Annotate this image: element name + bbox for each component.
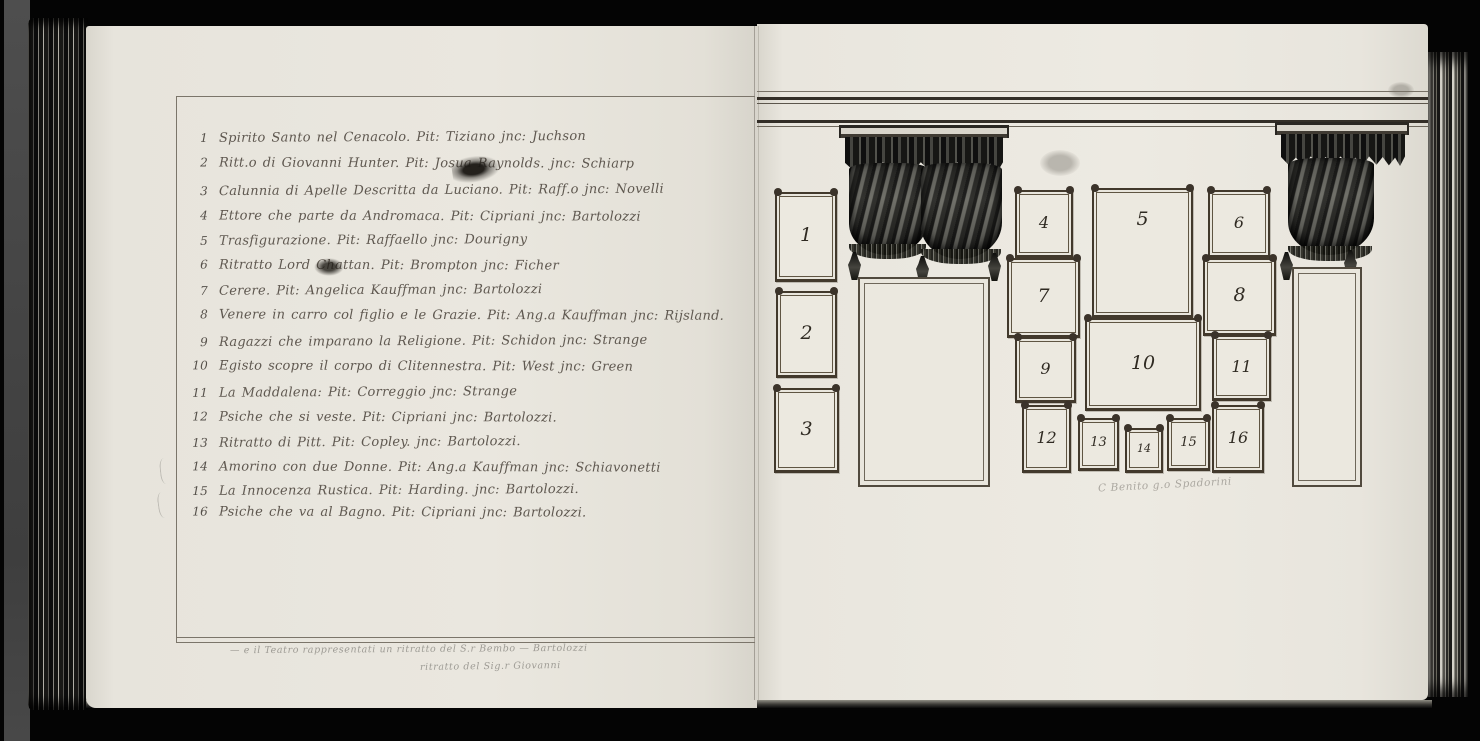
list-item: 4Ettore che parte da Andromaca. Pit: Cip… [186, 208, 641, 229]
list-item-number: 13 [186, 436, 208, 450]
list-item-text: Ritt.o di Giovanni Hunter. Pit: Josua Ra… [219, 155, 634, 171]
picture-frame: 3 [774, 388, 839, 473]
list-item-text: Ritratto Lord Chattan. Pit: Brompton jnc… [219, 258, 559, 274]
list-item: 5Trasfigurazione. Pit: Raffaello jnc: Do… [186, 232, 528, 254]
list-item: 3Calunnia di Apelle Descritta da Luciano… [186, 182, 664, 205]
list-item-number: 11 [186, 386, 208, 400]
list-item-text: Venere in carro col figlio e le Grazie. … [219, 307, 724, 323]
list-item: 10Egisto scopre il corpo di Clitennestra… [186, 358, 633, 379]
list-item-number: 16 [186, 504, 208, 518]
list-item-number: 8 [186, 307, 208, 321]
list-item: 7Cerere. Pit: Angelica Kauffman jnc: Bar… [186, 282, 542, 304]
list-item-text: Ritratto di Pitt. Pit: Copley. jnc: Bart… [219, 434, 521, 451]
frame-corner-knob [1124, 424, 1132, 432]
list-item: 8Venere in carro col figlio e le Grazie.… [186, 307, 724, 328]
frame-corner-knob [1211, 401, 1219, 409]
frame-number: 2 [778, 322, 835, 344]
frame-number: 8 [1205, 284, 1274, 306]
list-item-text: Trasfigurazione. Pit: Raffaello jnc: Dou… [219, 232, 527, 249]
picture-frame: 14 [1125, 428, 1163, 473]
picture-frame: 5 [1092, 188, 1193, 318]
ruled-border-bottom [176, 637, 755, 638]
frame-corner-knob [1091, 184, 1099, 192]
frame-corner-knob [1264, 331, 1272, 339]
list-item-text: Calunnia di Apelle Descritta da Luciano.… [219, 182, 664, 199]
frame-corner-knob [1211, 331, 1219, 339]
list-item-number: 6 [186, 258, 208, 272]
list-item-text: Psiche che si veste. Pit: Cipriani jnc: … [219, 410, 557, 426]
frame-number: 11 [1214, 357, 1269, 376]
frame-corner-knob [1257, 401, 1265, 409]
page-number-smudge [1388, 82, 1414, 98]
frame-corner-knob [1194, 314, 1202, 322]
pencil-note: ritratto del Sig.r Giovanni [420, 660, 561, 673]
gutter-fold [758, 26, 759, 700]
frame-corner-knob [1069, 333, 1077, 341]
frame-number: 13 [1080, 435, 1117, 450]
frame-corner-knob [1014, 333, 1022, 341]
list-item-text: Spirito Santo nel Cenacolo. Pit: Tiziano… [219, 129, 586, 146]
cornice-line [757, 91, 1428, 92]
picture-frame: 15 [1167, 418, 1210, 471]
frame-corner-knob [1263, 186, 1271, 194]
frame-corner-knob [1186, 184, 1194, 192]
frame-corner-knob [773, 384, 781, 392]
ruled-border-left [176, 96, 177, 642]
picture-frame: 13 [1078, 418, 1119, 471]
list-item-number: 7 [186, 284, 208, 298]
picture-frame: 9 [1015, 337, 1076, 403]
frame-number: 12 [1024, 428, 1069, 447]
list-item-number: 4 [186, 208, 208, 222]
frame-number: 7 [1009, 285, 1078, 307]
list-item-text: Amorino con due Donne. Pit: Ang.a Kauffm… [219, 459, 661, 475]
frame-number: 16 [1214, 428, 1262, 447]
list-item: 9Ragazzi che imparano la Religione. Pit:… [186, 333, 648, 355]
list-item-number: 3 [186, 184, 208, 198]
frame-number: 6 [1210, 213, 1268, 232]
list-item-number: 10 [186, 358, 208, 372]
right-window-cornice [1277, 122, 1407, 135]
list-item-text: Egisto scopre il corpo di Clitennestra. … [219, 359, 633, 375]
frame-number: 10 [1087, 352, 1199, 374]
frame-number: 3 [776, 418, 837, 440]
gutter-fold [754, 26, 755, 700]
list-item: 14Amorino con due Donne. Pit: Ang.a Kauf… [186, 459, 661, 480]
left-curtain-swag [921, 163, 1002, 259]
frame-corner-knob [1014, 186, 1022, 194]
left-curtain-swag [849, 163, 928, 255]
frame-corner-knob [1207, 186, 1215, 194]
frame-corner-knob [1202, 254, 1210, 262]
frame-corner-knob [774, 188, 782, 196]
picture-frame: 2 [776, 291, 837, 378]
picture-frame: 7 [1007, 258, 1080, 338]
list-item: 12Psiche che si veste. Pit: Cipriani jnc… [186, 410, 557, 431]
list-item: 1Spirito Santo nel Cenacolo. Pit: Tizian… [186, 129, 586, 151]
frame-corner-knob [1066, 186, 1074, 194]
right-curtain-swag [1288, 158, 1374, 255]
frame-corner-knob [1077, 414, 1085, 422]
frame-number: 4 [1017, 213, 1071, 232]
frame-corner-knob [1073, 254, 1081, 262]
frame-corner-knob [830, 188, 838, 196]
list-item-text: La Maddalena: Pit: Correggio jnc: Strang… [219, 384, 517, 401]
left-window-dado-panel [858, 277, 990, 487]
frame-number: 5 [1094, 208, 1191, 230]
picture-frame: 4 [1015, 190, 1073, 258]
list-item: 6Ritratto Lord Chattan. Pit: Brompton jn… [186, 258, 559, 279]
list-item-number: 1 [186, 131, 208, 145]
frame-corner-knob [1021, 401, 1029, 409]
left-window-cornice [841, 125, 1007, 138]
picture-frame: 12 [1022, 405, 1071, 473]
right-window-dado-panel [1292, 267, 1362, 487]
list-item-text: La Innocenza Rustica. Pit: Harding. jnc:… [219, 482, 579, 499]
list-item: 2Ritt.o di Giovanni Hunter. Pit: Josua R… [186, 155, 634, 176]
list-item-number: 12 [186, 410, 208, 424]
frame-corner-knob [1269, 254, 1277, 262]
frame-corner-knob [830, 287, 838, 295]
picture-frame: 6 [1208, 190, 1270, 258]
book-page-edges-right [1428, 52, 1468, 697]
list-item-text: Cerere. Pit: Angelica Kauffman jnc: Bart… [219, 282, 542, 299]
cornice-line [757, 103, 1428, 104]
frame-corner-knob [1112, 414, 1120, 422]
frame-corner-knob [1006, 254, 1014, 262]
frame-corner-knob [775, 287, 783, 295]
cornice-line [757, 97, 1428, 100]
list-item: 13Ritratto di Pitt. Pit: Copley. jnc: Ba… [186, 434, 521, 456]
frame-number: 15 [1169, 435, 1208, 450]
list-item-number: 9 [186, 335, 208, 349]
background-surface [4, 0, 30, 741]
frame-corner-knob [1084, 314, 1092, 322]
ink-retouch [314, 258, 344, 276]
picture-frame: 8 [1203, 258, 1276, 336]
picture-frame: 16 [1212, 405, 1264, 473]
list-item-text: Psiche che va al Bagno. Pit: Cipriani jn… [219, 505, 586, 521]
frame-corner-knob [832, 384, 840, 392]
list-item-text: Ragazzi che imparano la Religione. Pit: … [219, 333, 647, 350]
list-item: 15La Innocenza Rustica. Pit: Harding. jn… [186, 482, 579, 504]
show-through-smudge [1040, 150, 1080, 176]
list-item: 11La Maddalena: Pit: Correggio jnc: Stra… [186, 384, 517, 406]
list-item-number: 2 [186, 155, 208, 169]
list-item-number: 14 [186, 459, 208, 473]
list-item-number: 15 [186, 484, 208, 498]
frame-corner-knob [1064, 401, 1072, 409]
book-page-edges-left [28, 18, 88, 710]
frame-corner-knob [1203, 414, 1211, 422]
ruled-border-top [176, 96, 755, 97]
frame-number: 1 [777, 224, 835, 246]
list-item: 16Psiche che va al Bagno. Pit: Cipriani … [186, 504, 586, 525]
list-item-text: Ettore che parte da Andromaca. Pit: Cipr… [219, 208, 641, 224]
list-item-number: 5 [186, 234, 208, 248]
frame-corner-knob [1156, 424, 1164, 432]
frame-number: 14 [1127, 442, 1161, 455]
picture-frame: 1 [775, 192, 837, 282]
picture-frame: 10 [1085, 318, 1201, 411]
frame-corner-knob [1166, 414, 1174, 422]
frame-number: 9 [1017, 359, 1074, 378]
picture-frame: 11 [1212, 335, 1271, 401]
